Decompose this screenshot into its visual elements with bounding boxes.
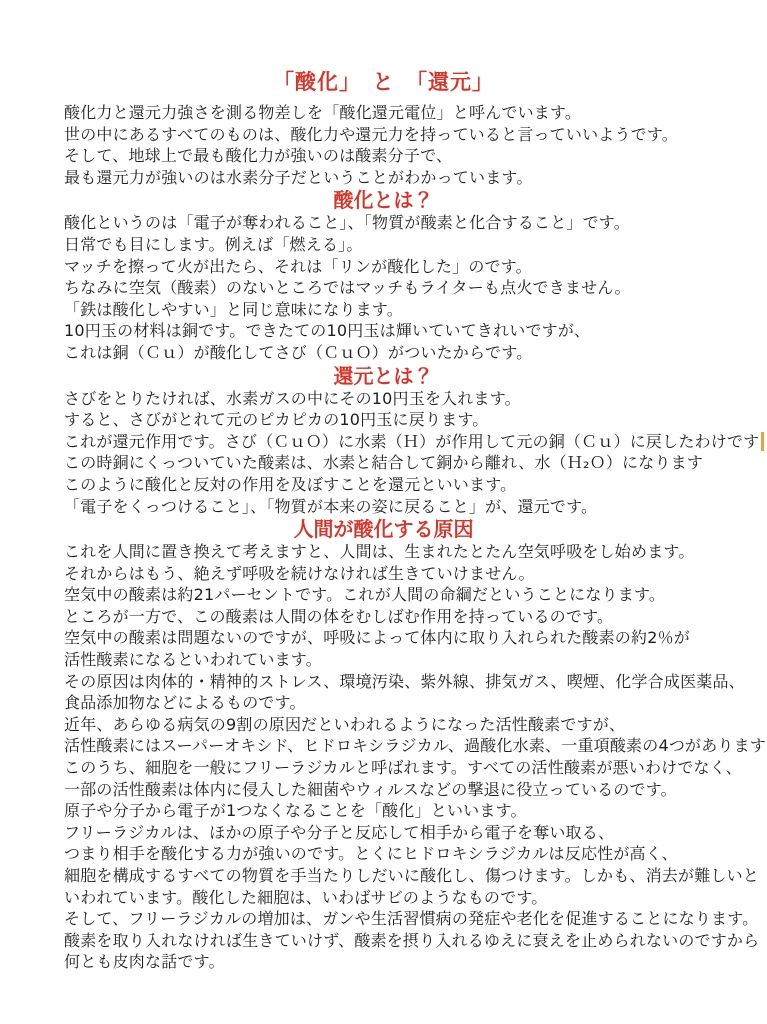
- text-line: 空気中の酸素は問題ないのですが、呼吸によって体内に取り入れられた酸素の約2％が: [64, 627, 767, 649]
- document-page: 「酸化」 と 「還元」 酸化力と還元力強さを測る物差しを「酸化還元電位」と呼んで…: [0, 0, 767, 1024]
- text-line: 活性酸素にはスーパーオキシド、ヒドロキシラジカル、過酸化水素、一重項酸素の4つが…: [64, 735, 767, 757]
- text-cursor: [761, 432, 764, 451]
- text-line: 何とも皮肉な話です。: [64, 951, 767, 973]
- text-line: つまり相手を酸化する力が強いのです。とくにヒドロキシラジカルは反応性が高く、: [64, 843, 767, 865]
- text-line: この時銅にくっついていた酸素は、水素と結合して銅から離れ、水（Ｈ₂Ｏ）になります: [64, 452, 767, 474]
- text-line: フリーラジカルは、ほかの原子や分子と反応して相手から電子を奪い取る、: [64, 822, 767, 844]
- text-line: 空気中の酸素は約21パーセントです。これが人間の命綱だということになります。: [64, 584, 767, 606]
- text-line: これが還元作用です。さび（ＣｕＯ）に水素（Ｈ）が作用して元の銅（Ｃｕ）に戻したわ…: [64, 432, 759, 451]
- text-line: 活性酸素になるといわれています。: [64, 649, 767, 671]
- text-line: 酸素を取り入れなければ生きていけず、酸素を摂り入れるゆえに衰えを止められないので…: [64, 930, 767, 952]
- text-line: すると、さびがとれて元のピカピカの10円玉に戻ります。: [64, 409, 767, 431]
- text-line: このうち、細胞を一般にフリーラジカルと呼ばれます。すべての活性酸素が悪いわけでな…: [64, 757, 767, 779]
- page-title: 「酸化」 と 「還元」: [0, 70, 767, 94]
- text-line: 「電子をくっつけること」、「物質が本来の姿に戻ること」が、還元です。: [64, 496, 767, 518]
- text-line: ちなみに空気（酸素）のないところではマッチもライターも点火できません。: [64, 277, 767, 299]
- text-line: 日常でも目にします。例えば「燃える」。: [64, 234, 767, 256]
- text-line: その原因は肉体的・精神的ストレス、環境汚染、紫外線、排気ガス、喫煙、化学合成医薬…: [64, 671, 767, 693]
- text-line: 「鉄は酸化しやすい」と同じ意味になります。: [64, 299, 767, 321]
- text-line: 世の中にあるすべてのものは、酸化力や還元力を持っていると言っていいようです。: [64, 124, 767, 146]
- text-line: 食品添加物などによるものです。: [64, 692, 767, 714]
- text-line: そして、フリーラジカルの増加は、ガンや生活習慣病の発症や老化を促進することになり…: [64, 908, 767, 930]
- text-line: それからはもう、絶えず呼吸を続けなければ生きていけません。: [64, 563, 767, 585]
- text-line: 最も還元力が強いのは水素分子だということがわかっています。: [64, 167, 767, 189]
- text-line: 原子や分子から電子が1つなくなることを「酸化」といいます。: [64, 800, 767, 822]
- text-line: 一部の活性酸素は体内に侵入した細菌やウィルスなどの撃退に役立っているのです。: [64, 779, 767, 801]
- text-line: いわれています。酸化した細胞は、いわばサビのようなものです。: [64, 887, 767, 909]
- text-line-with-cursor: これが還元作用です。さび（ＣｕＯ）に水素（Ｈ）が作用して元の銅（Ｃｕ）に戻したわ…: [64, 431, 767, 453]
- text-line: このように酸化と反対の作用を及ぼすことを還元といいます。: [64, 474, 767, 496]
- text-line: 近年、あらゆる病気の9割の原因だといわれるようになった活性酸素ですが、: [64, 714, 767, 736]
- text-line: これを人間に置き換えて考えますと、人間は、生まれたとたん空気呼吸をし始めます。: [64, 541, 767, 563]
- section-heading-reduction: 還元とは？: [0, 365, 767, 388]
- text-line: そして、地球上で最も酸化力が強いのは酸素分子で、: [64, 145, 767, 167]
- section-heading-human-oxidation: 人間が酸化する原因: [0, 518, 767, 541]
- text-line: 細胞を構成するすべての物質を手当たりしだいに酸化し、傷つけます。しかも、消去が難…: [64, 865, 767, 887]
- text-line: これは銅（Ｃｕ）が酸化してさび（ＣｕＯ）がついたからです。: [64, 342, 767, 364]
- text-line: ところが一方で、この酸素は人間の体をむしばむ作用を持っているのです。: [64, 606, 767, 628]
- text-line: さびをとりたければ、水素ガスの中にその10円玉を入れます。: [64, 388, 767, 410]
- text-line: マッチを擦って火が出たら、それは「リンが酸化した」のです。: [64, 256, 767, 278]
- text-line: 10円玉の材料は銅です。できたての10円玉は輝いていてきれいですが、: [64, 320, 767, 342]
- section-heading-oxidation: 酸化とは？: [0, 189, 767, 212]
- text-line: 酸化というのは「電子が奪われること」、「物質が酸素と化合すること」です。: [64, 212, 767, 234]
- text-line: 酸化力と還元力強さを測る物差しを「酸化還元電位」と呼んでいます。: [64, 102, 767, 124]
